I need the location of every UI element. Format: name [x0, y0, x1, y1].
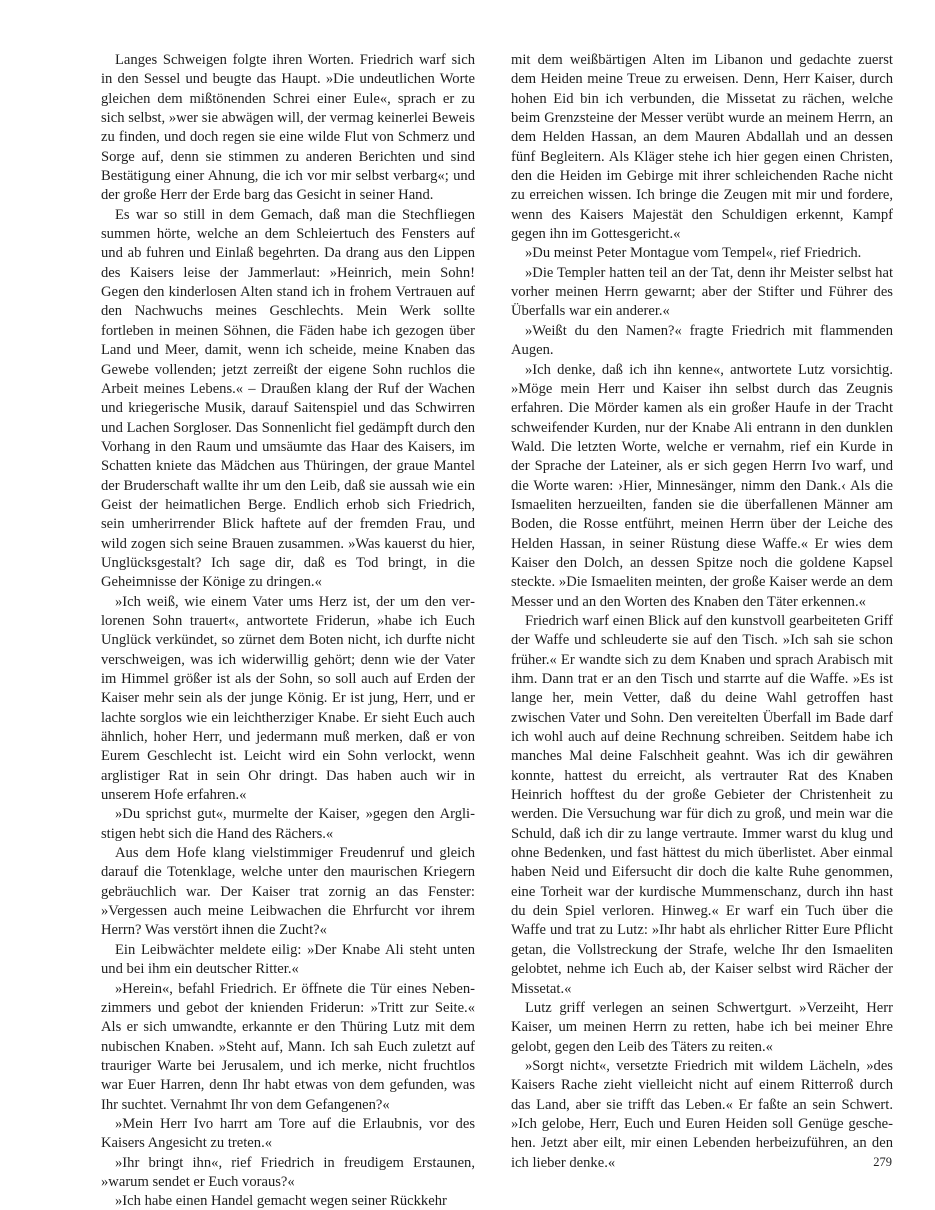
paragraph: »Ich denke, daß ich ihn kenne«, antworte… — [511, 361, 893, 612]
paragraph: Friedrich warf einen Blick auf den kunst… — [511, 612, 893, 999]
book-page: Langes Schweigen folgte ihren Worten. Fr… — [0, 0, 935, 1210]
page-number: 279 — [873, 1155, 892, 1170]
paragraph: »Du meinst Peter Montague vom Tempel«, r… — [511, 244, 893, 263]
right-text-column: mit dem weißbärtigen Alten im Libanon un… — [511, 51, 893, 1173]
paragraph: Langes Schweigen folgte ihren Worten. Fr… — [101, 51, 475, 206]
paragraph: »Du sprichst gut«, murmelte der Kaiser, … — [101, 805, 475, 844]
paragraph: »Mein Herr Ivo harrt am Tore auf die Erl… — [101, 1115, 475, 1154]
paragraph: Lutz griff verlegen an seinen Schwertgur… — [511, 999, 893, 1057]
left-text-column: Langes Schweigen folgte ihren Worten. Fr… — [101, 51, 475, 1210]
paragraph: Ein Leibwächter meldete eilig: »Der Knab… — [101, 941, 475, 980]
paragraph: »Herein«, befahl Friedrich. Er öffnete d… — [101, 980, 475, 1115]
paragraph-continued: »Ich habe einen Handel gemacht wegen sei… — [101, 1192, 475, 1210]
paragraph-continuation: mit dem weißbärtigen Alten im Libanon un… — [511, 51, 893, 244]
paragraph: Aus dem Hofe klang vielstimmiger Freuden… — [101, 844, 475, 941]
paragraph: »Ihr bringt ihn«, rief Friedrich in freu… — [101, 1154, 475, 1193]
paragraph: Es war so still in dem Gemach, daß man d… — [101, 206, 475, 593]
paragraph: »Die Templer hatten teil an der Tat, den… — [511, 264, 893, 322]
paragraph: »Weißt du den Namen?« fragte Friedrich m… — [511, 322, 893, 361]
paragraph: »Sorgt nicht«, versetzte Friedrich mit w… — [511, 1057, 893, 1173]
paragraph: »Ich weiß, wie einem Vater ums Herz ist,… — [101, 593, 475, 806]
